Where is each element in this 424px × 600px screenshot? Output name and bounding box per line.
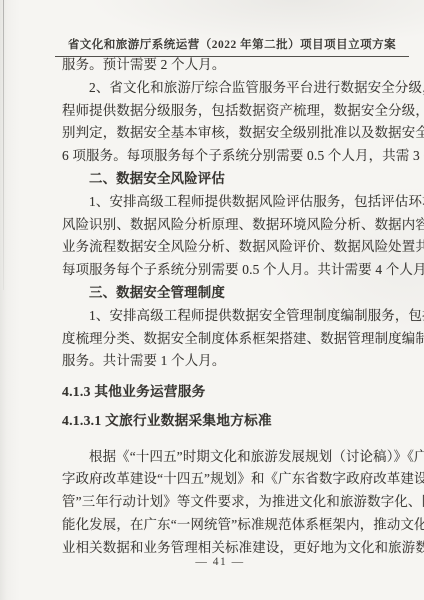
text-line: 1、安排高级工程师提供数据安全管理制度编制服务，包括数据安全制 xyxy=(62,305,402,328)
text-line: 服务。预计需要 2 个人月。 xyxy=(62,54,402,77)
text-line: 度梳理分类、数据安全制度体系框架搭建、数据管理制度编制服务共 3 项 xyxy=(62,328,402,351)
section-heading-4-1-3-1: 4.1.3.1 文旅行业数据采集地方标准 xyxy=(62,409,402,432)
subsection-heading-data-security-policy: 三、数据安全管理制度 xyxy=(62,282,402,305)
text-line: 能化发展，在广东“一网统管”标准规范体系框架内，推动文化和旅游行 xyxy=(62,514,402,537)
page-number: — 41 — xyxy=(8,556,424,568)
scan-crease-line xyxy=(3,0,4,290)
text-line: 风险识别、数据风险分析原理、数据环境风险分析、数据内容风险分析、 xyxy=(62,214,402,237)
text-line: 管”三年行动计划》等文件要求，为推进文化和旅游数字化、网络化、智 xyxy=(62,491,402,514)
text-line: 字政府改革建设“十四五”规划》和《广东省数字政府改革建设“一网统 xyxy=(62,468,402,491)
text-line: 别判定，数据安全基本审核，数据安全级别批准以及数据安全级别变更共 xyxy=(62,122,402,145)
header-title: 省文化和旅游厅系统运营（2022 年第二批）项目项目立项方案 xyxy=(68,39,396,51)
text-line: 程师提供数据分级服务，包括数据资产梳理，数据安全分级，数据安全级 xyxy=(62,100,402,123)
section-heading-4-1-3: 4.1.3 其他业务运营服务 xyxy=(62,380,402,403)
text-line: 服务。共计需要 1 个人月。 xyxy=(62,350,402,373)
text-line: 根据《“十四五”时期文化和旅游发展规划（讨论稿）》《广东省数 xyxy=(62,446,402,469)
text-line: 业务流程数据安全风险分析、数据风险评价、数据风险处置共 8 项服务。 xyxy=(62,236,402,259)
scanned-document-page: 省文化和旅游厅系统运营（2022 年第二批）项目项目立项方案 服务。预计需要 2… xyxy=(0,0,424,600)
text-line: 每项服务每个子系统分别需要 0.5 个人月。共计需要 4 个人月。 xyxy=(62,259,402,282)
document-body: 服务。预计需要 2 个人月。 2、省文化和旅游厅综合监管服务平台进行数据安全分级… xyxy=(62,54,402,560)
text-line: 6 项服务。每项服务每个子系统分别需要 0.5 个人月，共需 3 个人月。 xyxy=(62,145,402,168)
text-line: 2、省文化和旅游厅综合监管服务平台进行数据安全分级，安排高级工 xyxy=(62,77,402,100)
text-line: 1、安排高级工程师提供数据风险评估服务，包括评估环境构建、数据 xyxy=(62,191,402,214)
subsection-heading-data-security-risk: 二、数据安全风险评估 xyxy=(62,168,402,191)
